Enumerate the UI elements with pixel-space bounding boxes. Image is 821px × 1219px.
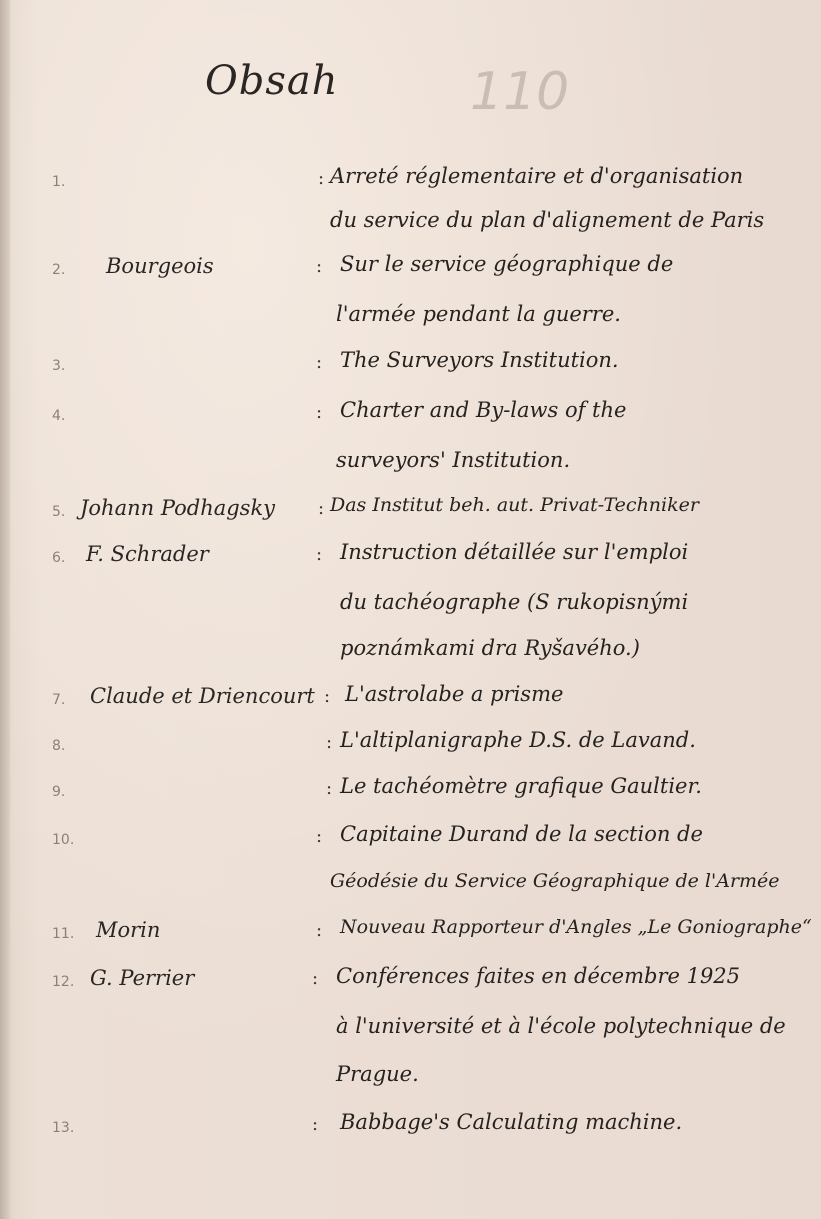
entry-text: l'armée pendant la guerre. (336, 302, 621, 326)
entry-6: 6. F. Schrader : Instruction détaillée s… (0, 538, 821, 578)
entry-10-cont: Géodésie du Service Géographique de l'Ar… (0, 868, 821, 908)
entry-text: Babbage's Calculating machine. (340, 1110, 682, 1134)
entry-text: poznámkami dra Ryšavého.) (340, 636, 640, 660)
colon-separator: : (316, 402, 322, 423)
colon-separator: : (312, 968, 318, 989)
colon-separator: : (316, 256, 322, 277)
entry-author: Morin (96, 918, 160, 942)
entry-1: 1. : Arreté réglementaire et d'organisat… (0, 162, 821, 202)
entry-text: du service du plan d'alignement de Paris (330, 208, 764, 232)
entry-2: 2. Bourgeois : Sur le service géographiq… (0, 250, 821, 290)
entry-2-cont: l'armée pendant la guerre. (0, 300, 821, 340)
entry-10: 10. : Capitaine Durand de la section de (0, 820, 821, 860)
page-title: Obsah (205, 58, 339, 104)
colon-separator: : (318, 498, 324, 519)
entry-4-cont: surveyors' Institution. (0, 446, 821, 486)
entry-author: Claude et Driencourt (90, 684, 315, 708)
entry-text: Géodésie du Service Géographique de l'Ar… (330, 870, 780, 892)
entry-number: 10. (52, 832, 74, 848)
entry-text: Prague. (336, 1062, 419, 1086)
entry-number: 5. (52, 504, 65, 520)
entry-1-cont: du service du plan d'alignement de Paris (0, 206, 821, 246)
colon-separator: : (316, 352, 322, 373)
entry-number: 3. (52, 358, 65, 374)
entry-author: F. Schrader (86, 542, 209, 566)
colon-separator: : (316, 826, 322, 847)
entry-text: L'astrolabe a prisme (345, 682, 563, 706)
entry-number: 4. (52, 408, 65, 424)
entry-text: à l'université et à l'école polytechniqu… (336, 1014, 786, 1038)
page-number: 110 (470, 62, 569, 122)
entry-number: 2. (52, 262, 65, 278)
entry-6-cont: du tachéographe (S rukopisnými (0, 588, 821, 628)
colon-separator: : (318, 168, 324, 189)
entry-text: Arreté réglementaire et d'organisation (330, 164, 743, 188)
entry-text: Capitaine Durand de la section de (340, 822, 703, 846)
entry-number: 13. (52, 1120, 74, 1136)
entry-number: 9. (52, 784, 65, 800)
entry-5: 5. Johann Podhagsky : Das Institut beh. … (0, 492, 821, 532)
entry-text: surveyors' Institution. (336, 448, 570, 472)
entry-text: du tachéographe (S rukopisnými (340, 590, 688, 614)
entry-number: 11. (52, 926, 74, 942)
entry-number: 7. (52, 692, 65, 708)
entry-4: 4. : Charter and By-laws of the (0, 396, 821, 436)
colon-separator: : (316, 920, 322, 941)
entry-12: 12. G. Perrier : Conférences faites en d… (0, 962, 821, 1002)
entry-13: 13. : Babbage's Calculating machine. (0, 1108, 821, 1148)
entry-author: Bourgeois (106, 254, 214, 278)
entry-author: G. Perrier (90, 966, 194, 990)
entry-author: Johann Podhagsky (80, 496, 275, 520)
colon-separator: : (326, 778, 332, 799)
entry-text: Charter and By-laws of the (340, 398, 626, 422)
colon-separator: : (312, 1114, 318, 1135)
entry-text: Sur le service géographique de (340, 252, 673, 276)
entry-text: Instruction détaillée sur l'emploi (340, 540, 688, 564)
entry-number: 8. (52, 738, 65, 754)
entry-text: The Surveyors Institution. (340, 348, 619, 372)
entry-6-cont: poznámkami dra Ryšavého.) (0, 634, 821, 674)
entry-9: 9. : Le tachéomètre grafique Gaultier. (0, 772, 821, 812)
entry-number: 1. (52, 174, 65, 190)
entry-text: Conférences faites en décembre 1925 (336, 964, 740, 988)
entry-text: Nouveau Rapporteur d'Angles „Le Goniogra… (340, 916, 812, 938)
entry-11: 11. Morin : Nouveau Rapporteur d'Angles … (0, 914, 821, 954)
entry-3: 3. : The Surveyors Institution. (0, 346, 821, 386)
entry-12-cont: Prague. (0, 1060, 821, 1100)
handwritten-page: Obsah 110 1. : Arreté réglementaire et d… (0, 0, 821, 1219)
entry-text: Le tachéomètre grafique Gaultier. (340, 774, 702, 798)
entry-text: Das Institut beh. aut. Privat-Techniker (330, 494, 699, 516)
entry-7: 7. Claude et Driencourt : L'astrolabe a … (0, 680, 821, 720)
colon-separator: : (316, 544, 322, 565)
entry-number: 6. (52, 550, 65, 566)
colon-separator: : (326, 732, 332, 753)
entry-8: 8. : L'altiplanigraphe D.S. de Lavand. (0, 726, 821, 766)
entry-text: L'altiplanigraphe D.S. de Lavand. (340, 728, 696, 752)
entry-12-cont: à l'université et à l'école polytechniqu… (0, 1012, 821, 1052)
colon-separator: : (324, 686, 330, 707)
entry-number: 12. (52, 974, 74, 990)
